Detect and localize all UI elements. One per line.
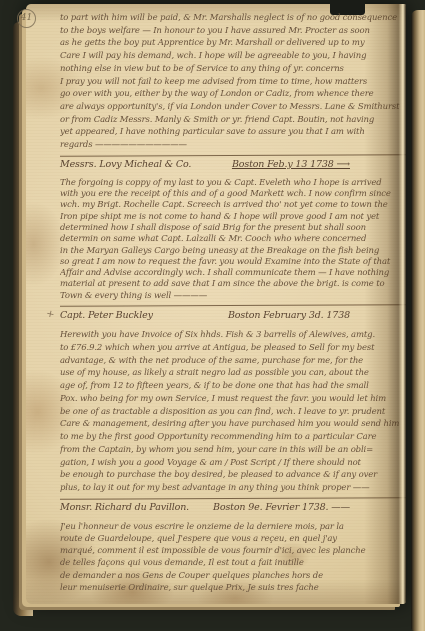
manuscript-line: be enough to purchase the boy desired, b… <box>60 469 406 482</box>
manuscript-line: Herewith you have Invoice of Six hhds. F… <box>60 329 406 342</box>
manuscript-line: route de Guardeloupe, quel J'espere que … <box>60 533 406 545</box>
manuscript-line: marqué, comment il est impossible de vou… <box>60 545 406 557</box>
letter-peter-buckley: Capt. Peter Buckley Boston February 3d. … <box>60 310 406 495</box>
manuscript-line: I pray you will not fail to keep me advi… <box>60 76 406 89</box>
manuscript-line: Care & management, desiring after you ha… <box>60 418 406 431</box>
manuscript-line: plus, to lay it out for my best advantag… <box>60 482 406 495</box>
manuscript-line: material at present to add save that I a… <box>60 279 406 290</box>
manuscript-line: as he getts the boy put Apprentice by Mr… <box>60 37 406 50</box>
manuscript-line: are always opportunity's, if via London … <box>60 101 406 114</box>
manuscript-line: to part with him will be paid, & Mr. Mar… <box>60 12 406 25</box>
manuscript-line: Care I will pay his demand, wch. I hope … <box>60 50 406 63</box>
ink-divider-rule <box>60 154 406 157</box>
manuscript-line: Iron pipe shipt me is not come to hand &… <box>60 212 406 223</box>
manuscript-line: be one of as tractable a disposition as … <box>60 406 406 419</box>
manuscript-line: with you ere the receipt of this and of … <box>60 189 406 200</box>
manuscript-line: nothing else in view but to be of Servic… <box>60 63 406 76</box>
manuscript-line: The forgoing is coppy of my last to you … <box>60 178 406 189</box>
manuscript-line: Town & every thing is well ———— <box>60 291 406 302</box>
letter-lovy-micheal: Messrs. Lovy Micheal & Co. Boston Feb.y … <box>60 159 406 302</box>
manuscript-line: or from Cadiz Messrs. Manly & Smith or y… <box>60 114 406 127</box>
manuscript-line: go over with you, either by the way of L… <box>60 88 406 101</box>
manuscript-line: wch. my Brigt. Rochelle Capt. Screech is… <box>60 200 406 211</box>
letter-body: J'eu l'honneur de vous escrire le onziem… <box>60 521 406 594</box>
photo-backdrop: { "page": { "number_stamp": "41", "margi… <box>0 0 425 631</box>
letter-addressee: Capt. Peter Buckley <box>60 310 153 321</box>
letter-continuation: to part with him will be paid, & Mr. Mar… <box>60 12 406 152</box>
letters-column: to part with him will be paid, & Mr. Mar… <box>60 12 406 594</box>
letter-dateline: Boston 9e. Fevrier 1738. —— <box>213 502 350 513</box>
manuscript-line: advantage, & with the net produce of the… <box>60 355 406 368</box>
manuscript-line: de telles façons qui vous demande, Il es… <box>60 557 406 569</box>
letter-dateline: Boston Feb.y 13 1738 ⟶ <box>232 159 350 170</box>
manuscript-line: from the Captain, by whom you send him, … <box>60 444 406 457</box>
adjacent-page-sliver <box>411 10 425 631</box>
manuscript-line: gation, I wish you a good Voyage & am / … <box>60 457 406 470</box>
manuscript-page: 41 + to part with him will be paid, & Mr… <box>26 4 406 604</box>
manuscript-line: yet appeared, I have nothing particular … <box>60 126 406 139</box>
letter-body: Herewith you have Invoice of Six hhds. F… <box>60 329 406 495</box>
manuscript-line: in the Maryan Galleys Cargo being uneasy… <box>60 246 406 257</box>
letter-heading: Monsr. Richard du Pavillon. Boston 9e. F… <box>60 502 406 516</box>
letter-body: The forgoing is coppy of my last to you … <box>60 178 406 302</box>
manuscript-line: so great I am now to request the favr. y… <box>60 257 406 268</box>
manuscript-line: determin on same what Capt. Lalzalli & M… <box>60 234 406 245</box>
ink-divider-rule <box>60 497 406 500</box>
letter-heading: Messrs. Lovy Micheal & Co. Boston Feb.y … <box>60 159 406 173</box>
manuscript-line: leur menuiserie Ordinaire, sur quelque P… <box>60 582 406 594</box>
letter-dateline: Boston February 3d. 1738 <box>228 310 350 321</box>
manuscript-line: Affair and Advise accordingly wch. I sha… <box>60 268 406 279</box>
manuscript-line: J'eu l'honneur de vous escrire le onziem… <box>60 521 406 533</box>
margin-cross-mark: + <box>45 308 55 321</box>
manuscript-line: determined how I shall dispose of said B… <box>60 223 406 234</box>
letter-richard-du-pavillon: Monsr. Richard du Pavillon. Boston 9e. F… <box>60 502 406 594</box>
letter-body: to part with him will be paid, & Mr. Mar… <box>60 12 406 152</box>
letter-addressee: Monsr. Richard du Pavillon. <box>60 502 189 513</box>
manuscript-line: to the boys welfare — In honour to you I… <box>60 25 406 38</box>
manuscript-line: Pox. who being for my own Service, I mus… <box>60 393 406 406</box>
manuscript-line: to me by the first good Opportunity reco… <box>60 431 406 444</box>
ink-divider-rule <box>60 304 406 307</box>
manuscript-line: de demander a nos Gens de Couper quelque… <box>60 570 406 582</box>
page-number-stamp: 41 <box>17 9 36 28</box>
letter-heading: Capt. Peter Buckley Boston February 3d. … <box>60 310 406 324</box>
manuscript-line: regards ——————————— <box>60 139 406 152</box>
manuscript-line: age of, from 12 to fifteen years, & if t… <box>60 380 406 393</box>
manuscript-line: use of my house, as likely a strait negr… <box>60 367 406 380</box>
manuscript-line: to £76.9.2 which when you arrive at Anti… <box>60 342 406 355</box>
letter-addressee: Messrs. Lovy Micheal & Co. <box>60 159 191 170</box>
